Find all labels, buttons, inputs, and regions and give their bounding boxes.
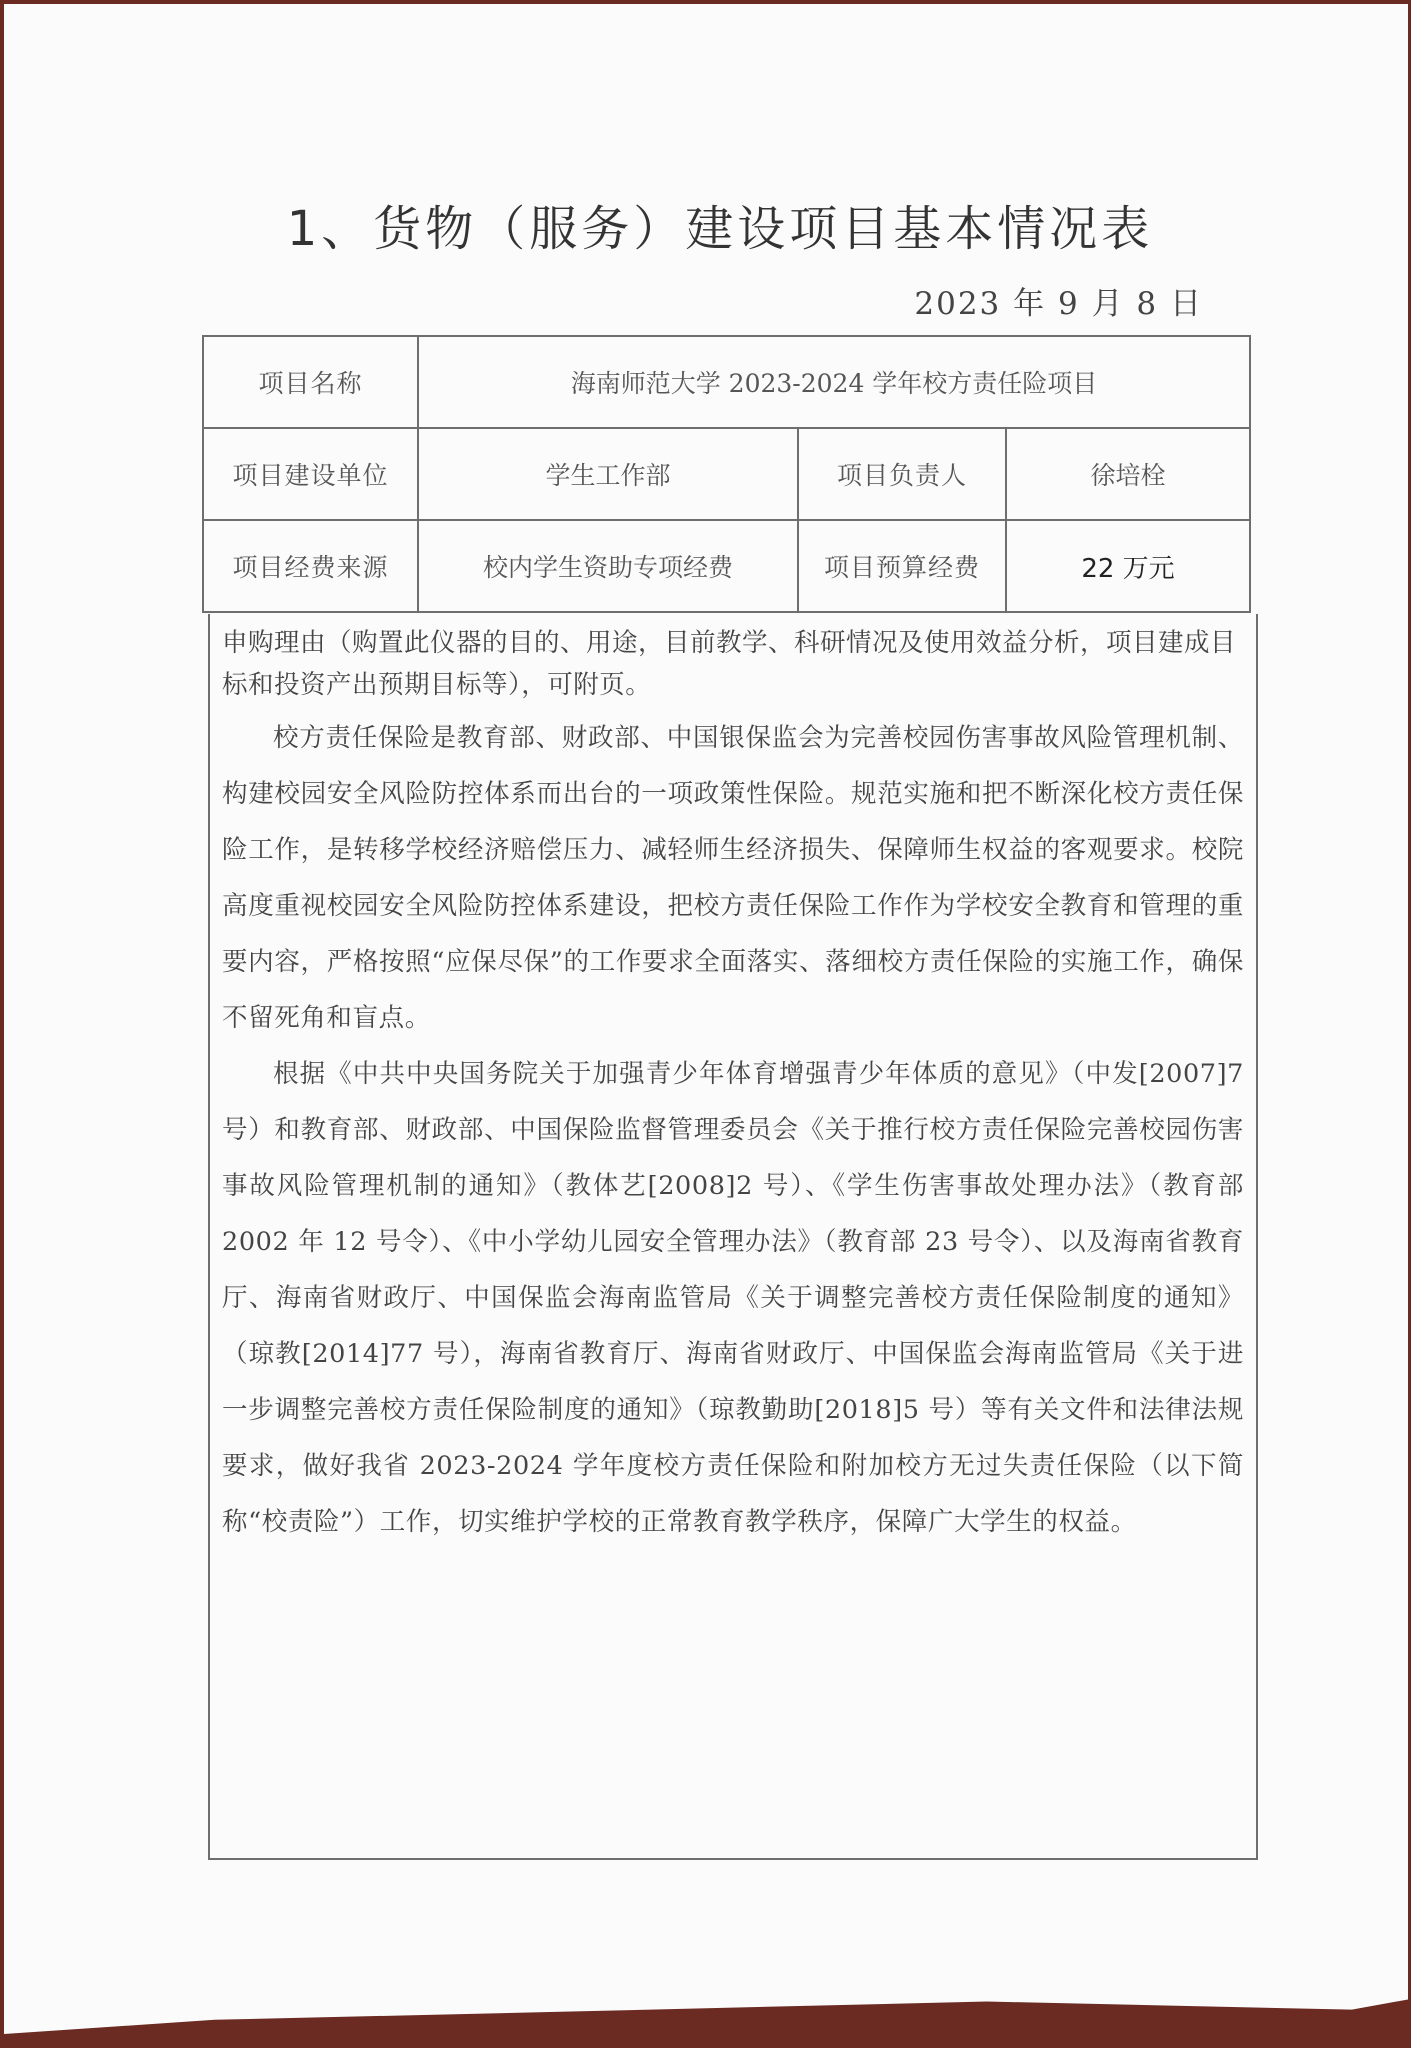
reason-paragraph-1: 校方责任保险是教育部、财政部、中国银保监会为完善校园伤害事故风险管理机制、构建校…: [222, 710, 1244, 1046]
table-row-project-name: 项目名称 海南师范大学 2023-2024 学年校方责任险项目: [203, 336, 1250, 428]
reason-paragraph-2: 根据《中共中央国务院关于加强青少年体育增强青少年体质的意见》（中发[2007]7…: [222, 1046, 1244, 1550]
unit-label: 项目建设单位: [203, 428, 418, 520]
budget-value: 22 万元: [1006, 520, 1250, 612]
fund-source-label: 项目经费来源: [203, 520, 418, 612]
purchase-reason-heading: 申购理由（购置此仪器的目的、用途，目前教学、科研情况及使用效益分析，项目建成目标…: [222, 622, 1244, 706]
unit-value: 学生工作部: [418, 428, 798, 520]
paper-page: 1、货物（服务）建设项目基本情况表 2023 年 9 月 8 日 项目名称 海南…: [4, 4, 1408, 2034]
project-name-value: 海南师范大学 2023-2024 学年校方责任险项目: [418, 336, 1250, 428]
leader-label: 项目负责人: [798, 428, 1006, 520]
table-row-funding: 项目经费来源 校内学生资助专项经费 项目预算经费 22 万元: [203, 520, 1250, 612]
page-title: 1、货物（服务）建设项目基本情况表: [4, 190, 1408, 259]
table-row-unit: 项目建设单位 学生工作部 项目负责人 徐培栓: [203, 428, 1250, 520]
document-date: 2023 年 9 月 8 日: [914, 278, 1203, 323]
budget-label: 项目预算经费: [798, 520, 1006, 612]
project-name-label: 项目名称: [203, 336, 418, 428]
leader-value: 徐培栓: [1006, 428, 1250, 520]
project-info-table: 项目名称 海南师范大学 2023-2024 学年校方责任险项目 项目建设单位 学…: [202, 335, 1251, 613]
fund-source-value: 校内学生资助专项经费: [418, 520, 798, 612]
purchase-reason-section: 申购理由（购置此仪器的目的、用途，目前教学、科研情况及使用效益分析，项目建成目标…: [208, 614, 1258, 1860]
